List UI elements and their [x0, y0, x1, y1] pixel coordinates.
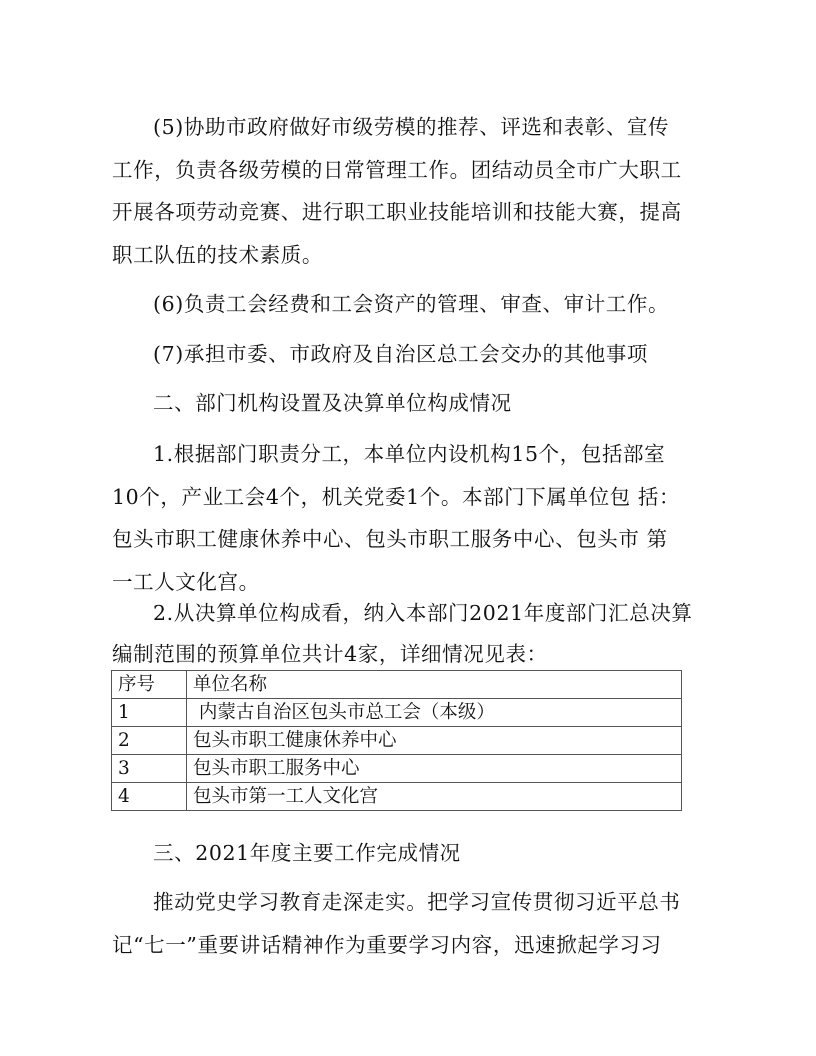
paragraph-5-line-2: 工作，负责各级劳模的日常管理工作。团结动员全市广大职工: [112, 157, 682, 183]
table-header-row: 序号 单位名称: [112, 671, 682, 699]
header-index: 序号: [112, 671, 187, 699]
paragraph-5-line-3: 开展各项劳动竞赛、进行职工职业技能培训和技能大赛，提高: [112, 199, 682, 225]
paragraph-5-line-1: (5)协助市政府做好市级劳模的推荐、评选和表彰、宣传: [153, 114, 669, 140]
paragraph-5-line-4: 职工队伍的技术素质。: [112, 242, 323, 268]
row-index: 2: [112, 727, 187, 755]
table-row: 1 内蒙古自治区包头市总工会（本级）: [112, 699, 682, 727]
work-paragraph-line-2: 记“七一”重要讲话精神作为重要学习内容，迅速掀起学习习: [112, 932, 662, 958]
section-heading-2: 二、部门机构设置及决算单位构成情况: [153, 390, 512, 416]
item-1-line-3: 包头市职工健康休养中心、包头市职工服务中心、包头市 第: [112, 526, 668, 552]
row-unit-name: 内蒙古自治区包头市总工会（本级）: [187, 699, 682, 727]
row-unit-name: 包头市职工服务中心: [187, 755, 682, 783]
row-index: 4: [112, 783, 187, 811]
row-index: 1: [112, 699, 187, 727]
work-paragraph-line-1: 推动党史学习教育走深走实。把学习宣传贯彻习近平总书: [153, 889, 681, 915]
row-unit-name: 包头市第一工人文化宫: [187, 783, 682, 811]
row-unit-name: 包头市职工健康休养中心: [187, 727, 682, 755]
section-heading-3: 三、2021年度主要工作完成情况: [153, 840, 461, 866]
paragraph-6: (6)负责工会经费和工会资产的管理、审查、审计工作。: [153, 291, 669, 317]
item-1-line-1: 1.根据部门职责分工，本单位内设机构15个，包括部室: [153, 441, 665, 467]
item-2-line-1: 2.从决算单位构成看，纳入本部门2021年度部门汇总决算: [153, 600, 693, 626]
item-2-line-2: 编制范围的预算单位共计4家，详细情况见表：: [112, 641, 548, 667]
header-unit-name: 单位名称: [187, 671, 682, 699]
table-row: 3 包头市职工服务中心: [112, 755, 682, 783]
row-index: 3: [112, 755, 187, 783]
item-1-line-4: 一工人文化宫。: [112, 569, 260, 595]
budget-units-table: 序号 单位名称 1 内蒙古自治区包头市总工会（本级） 2 包头市职工健康休养中心…: [111, 670, 682, 811]
table-row: 4 包头市第一工人文化宫: [112, 783, 682, 811]
item-1-line-2: 10个，产业工会4个，机关党委1个。本部门下属单位包 括：: [112, 484, 680, 510]
table-row: 2 包头市职工健康休养中心: [112, 727, 682, 755]
paragraph-7: (7)承担市委、市政府及自治区总工会交办的其他事项: [153, 341, 648, 367]
